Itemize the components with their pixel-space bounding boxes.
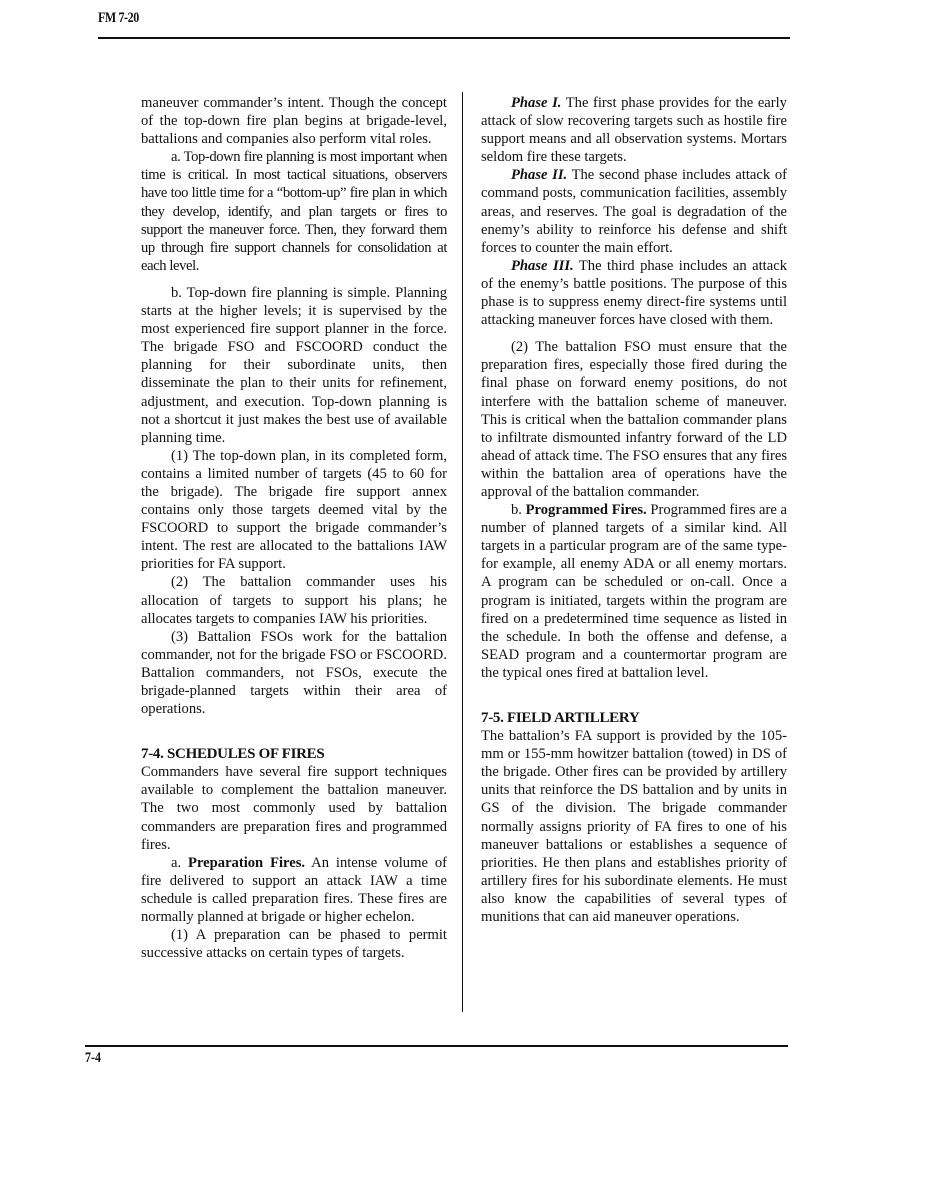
paragraph-phase-3: Phase III. The third phase includes an a…: [481, 257, 787, 329]
right-column: Phase I. The first phase provides for th…: [481, 94, 787, 926]
section-heading: 7-5. FIELD ARTILLERY: [481, 709, 787, 727]
paragraph-b-top-down-simple: b. Top-down fire planning is simple. Pla…: [141, 284, 447, 447]
paragraph-b3-battalion-fsos: (3) Battalion FSOs work for the battalio…: [141, 628, 447, 718]
section-7-5: 7-5. FIELD ARTILLERY The battalion’s FA …: [481, 709, 787, 926]
paragraph-b-programmed-fires: b. Programmed Fires. Programmed fires ar…: [481, 501, 787, 682]
section-7-4: 7-4. SCHEDULES OF FIRES Commanders have …: [141, 745, 447, 962]
paragraph-phase-1: Phase I. The first phase provides for th…: [481, 94, 787, 166]
paragraph-a1-phased-preparation: (1) A preparation can be phased to permi…: [141, 926, 447, 962]
section-intro: Commanders have several fire support tec…: [141, 763, 447, 853]
paragraph-b1-completed-plan: (1) The top-down plan, in its completed …: [141, 447, 447, 574]
header-rule: [98, 37, 790, 39]
paragraph-b2-battalion-commander: (2) The battalion commander uses his all…: [141, 573, 447, 627]
paragraph-continuation: maneuver commander’s intent. Though the …: [141, 94, 447, 148]
footer-rule: [85, 1045, 788, 1047]
column-divider: [462, 92, 463, 1012]
phase-heading: Phase II.: [511, 167, 567, 183]
section-heading: 7-4. SCHEDULES OF FIRES: [141, 745, 447, 763]
run-in-heading: Programmed Fires.: [526, 502, 647, 518]
section-text: The battalion’s FA support is provided b…: [481, 727, 787, 926]
paragraph-a-top-down-critical: a. Top-down fire planning is most import…: [141, 148, 447, 275]
paragraph-label: b.: [511, 502, 526, 518]
page-number: 7-4: [85, 1050, 101, 1067]
left-column: maneuver commander’s intent. Though the …: [141, 94, 447, 962]
manual-title: FM 7-20: [98, 10, 139, 27]
phase-heading: Phase III.: [511, 258, 574, 274]
paragraph-a-preparation-fires: a. Preparation Fires. An intense volume …: [141, 854, 447, 926]
phase-heading: Phase I.: [511, 95, 561, 111]
paragraph-phase-2: Phase II. The second phase includes atta…: [481, 166, 787, 256]
paragraph-label: a.: [171, 855, 188, 871]
paragraph-a2-battalion-fso: (2) The battalion FSO must ensure that t…: [481, 338, 787, 501]
paragraph-text: Programmed fires are a number of planned…: [481, 502, 787, 681]
run-in-heading: Preparation Fires.: [188, 855, 305, 871]
